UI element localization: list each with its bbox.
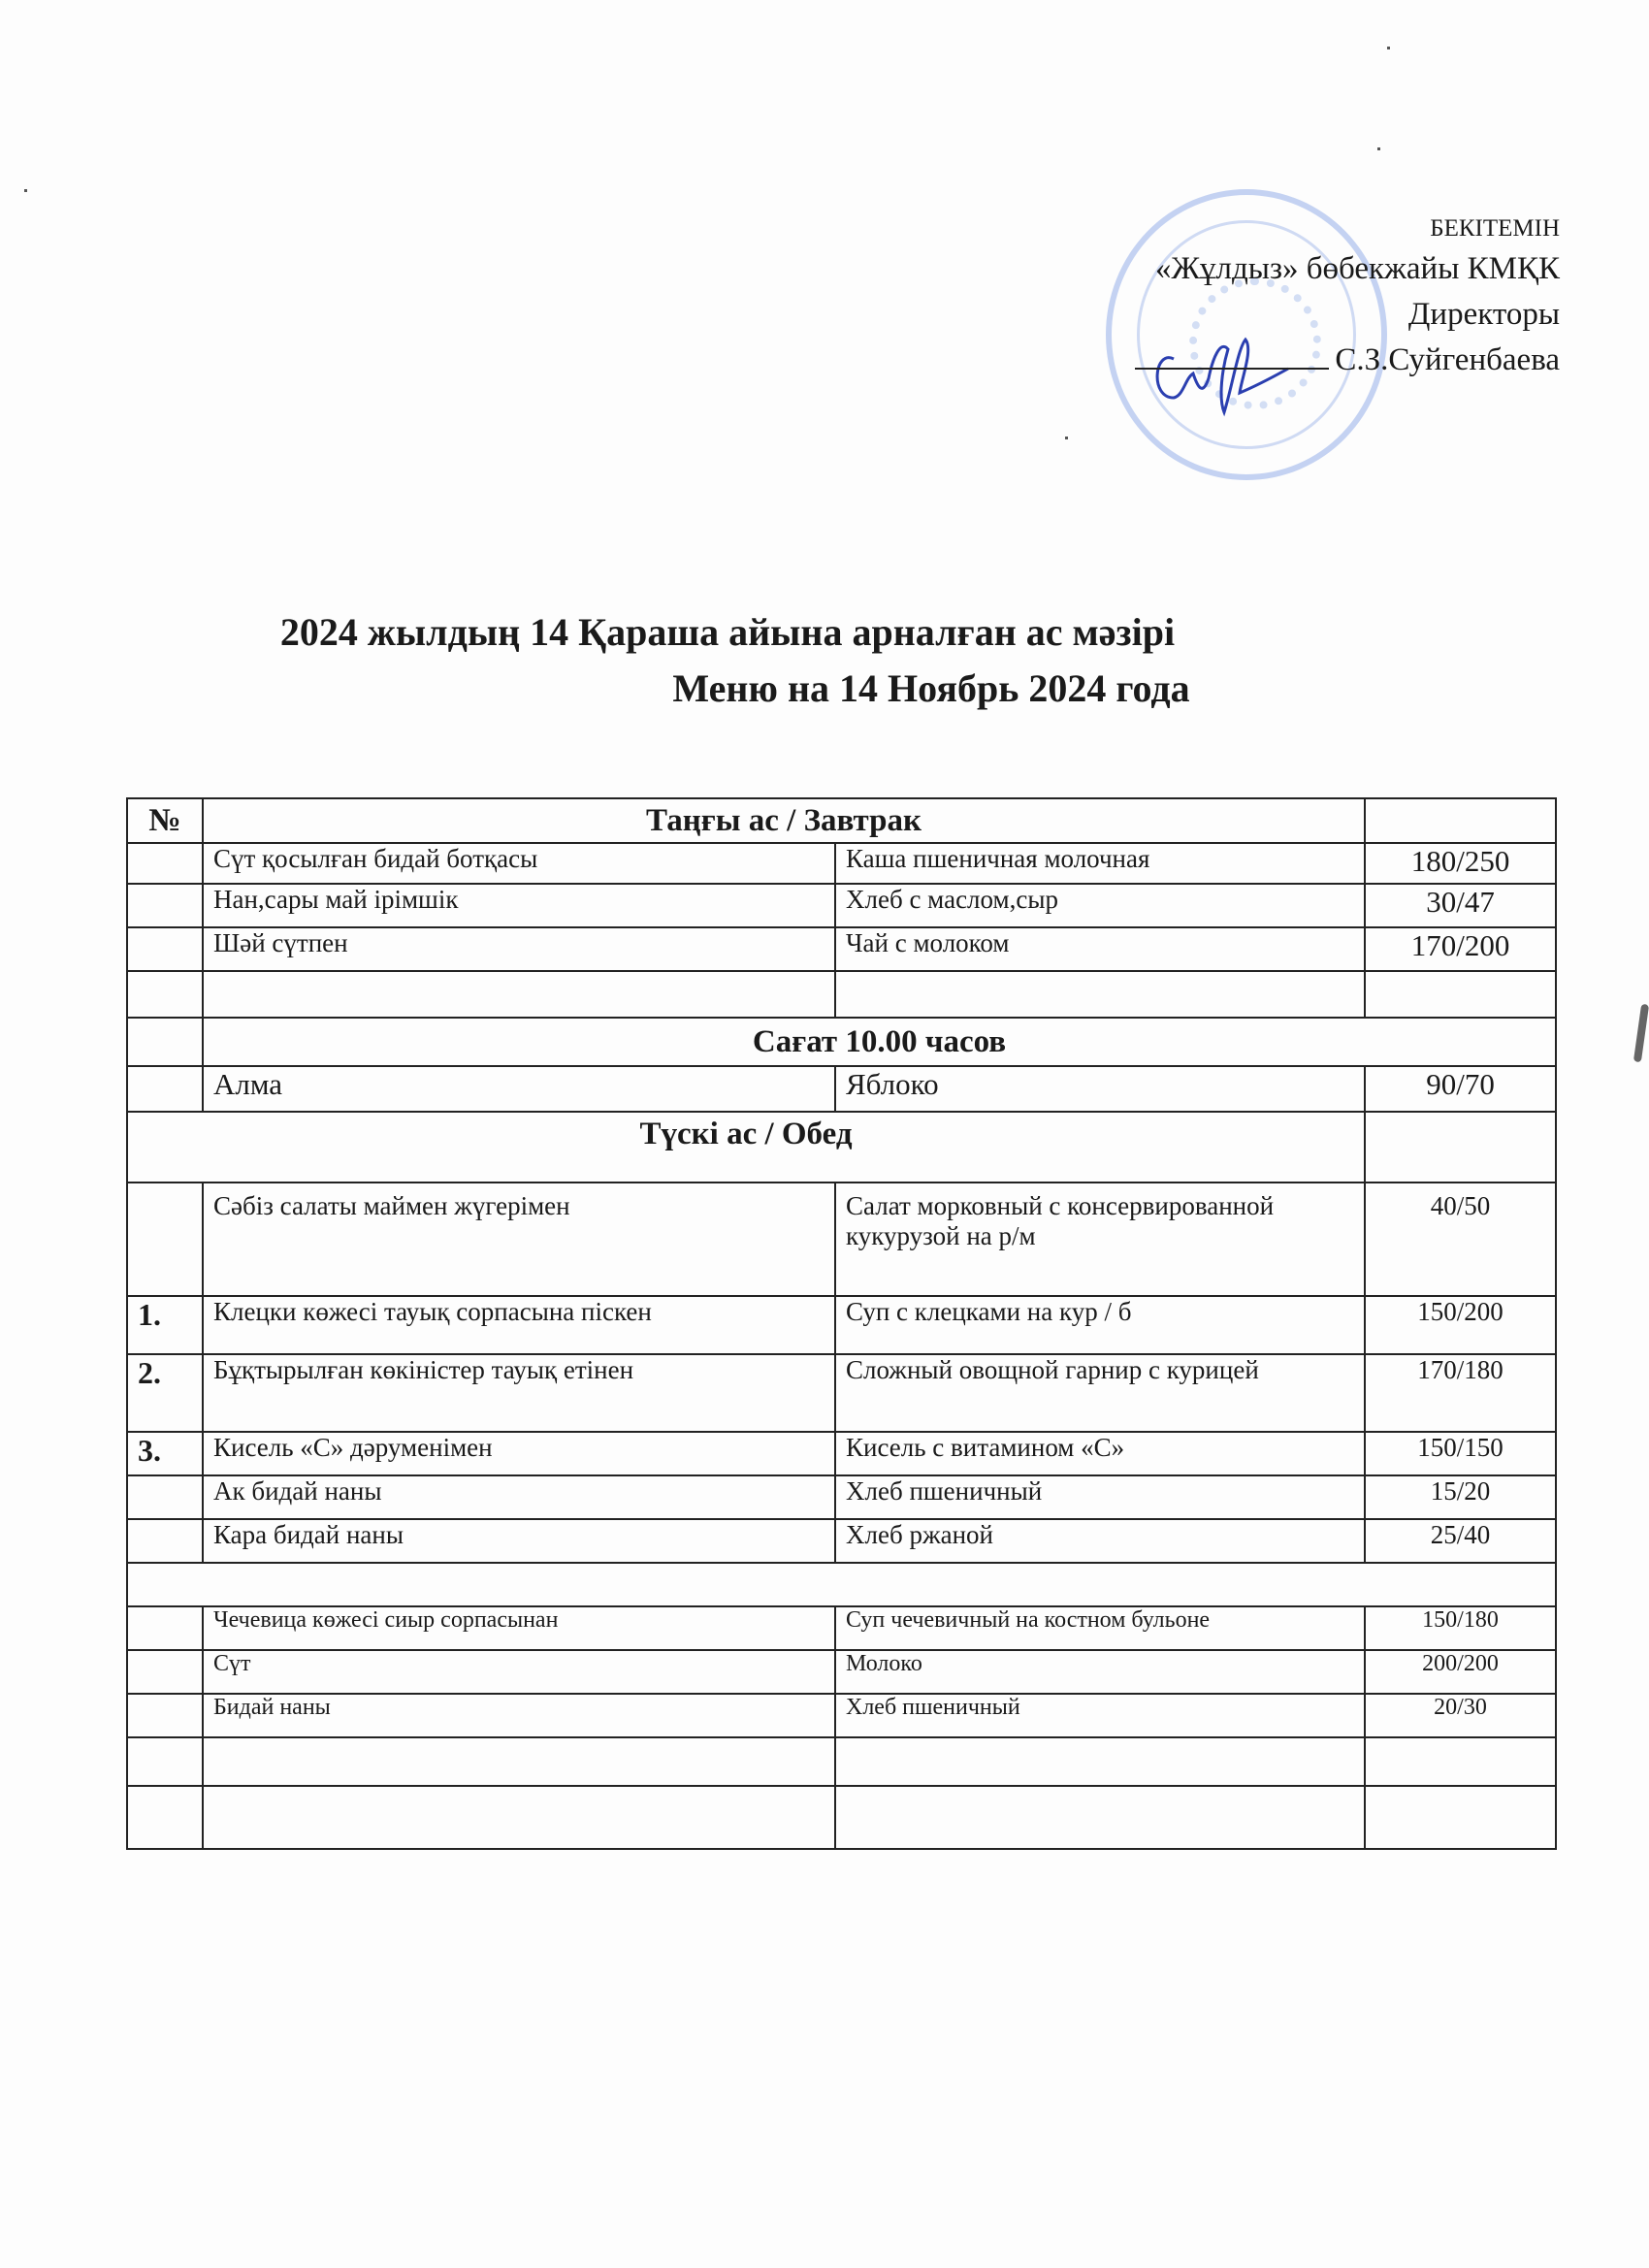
approval-signer: С.З.Суйгенбаева	[1335, 342, 1560, 377]
item-qty: 170/180	[1365, 1354, 1556, 1432]
table-row: Сүт қосылған бидай ботқасы Каша пшенична…	[127, 843, 1556, 884]
scan-speck	[1377, 147, 1380, 150]
table-row: Ак бидай наны Хлеб пшеничный 15/20	[127, 1475, 1556, 1519]
empty-row	[127, 1786, 1556, 1849]
item-kz: Алма	[203, 1066, 835, 1112]
item-qty: 150/180	[1365, 1606, 1556, 1650]
item-number: 3.	[127, 1432, 203, 1475]
item-kz: Клецки көжесі тауық сорпасына піскен	[203, 1296, 835, 1354]
approval-organization: «Жұлдыз» бөбекжайы КМҚК	[1135, 246, 1560, 292]
item-ru: Хлеб пшеничный	[835, 1475, 1365, 1519]
num-header: №	[127, 798, 203, 843]
title-kazakh: 2024 жылдың 14 Қараша айына арналған ас …	[0, 609, 1552, 655]
item-kz: Сәбіз салаты маймен жүгерімен	[203, 1183, 835, 1296]
item-qty: 30/47	[1365, 884, 1556, 927]
approval-block: БЕКІТЕМІН «Жұлдыз» бөбекжайы КМҚК Директ…	[1135, 211, 1560, 383]
item-ru: Хлеб ржаной	[835, 1519, 1365, 1563]
approval-position: Директоры	[1135, 292, 1560, 338]
empty-row	[127, 971, 1556, 1018]
breakfast-header: Таңғы ас / Завтрак	[203, 798, 1365, 843]
item-qty: 20/30	[1365, 1694, 1556, 1737]
snack-header-row: Сағат 10.00 часов	[127, 1018, 1556, 1066]
item-qty: 180/250	[1365, 843, 1556, 884]
item-qty: 170/200	[1365, 927, 1556, 971]
table-row: Нан,сары май ірімшік Хлеб с маслом,сыр 3…	[127, 884, 1556, 927]
item-ru: Хлеб пшеничный	[835, 1694, 1365, 1737]
table-row: 3. Кисель «С» дәруменімен Кисель с витам…	[127, 1432, 1556, 1475]
lunch-header-row: Түскі ас / Обед	[127, 1112, 1556, 1183]
item-ru: Салат морковный с консервированной кукур…	[835, 1183, 1365, 1296]
table-row: Сүт Молоко 200/200	[127, 1650, 1556, 1694]
item-kz: Сүт қосылған бидай ботқасы	[203, 843, 835, 884]
lunch-header: Түскі ас / Обед	[127, 1112, 1365, 1183]
table-row: Бидай наны Хлеб пшеничный 20/30	[127, 1694, 1556, 1737]
approval-signer-line: С.З.Суйгенбаева	[1135, 338, 1560, 383]
scan-speck	[24, 189, 27, 192]
item-kz: Чечевица көжесі сиыр сорпасынан	[203, 1606, 835, 1650]
item-kz: Сүт	[203, 1650, 835, 1694]
item-number: 2.	[127, 1354, 203, 1432]
approval-heading: БЕКІТЕМІН	[1135, 211, 1560, 246]
signature-line	[1135, 339, 1329, 370]
item-kz: Кисель «С» дәруменімен	[203, 1432, 835, 1475]
table-row: Шәй сүтпен Чай с молоком 170/200	[127, 927, 1556, 971]
item-ru: Сложный овощной гарнир с курицей	[835, 1354, 1365, 1432]
item-qty: 15/20	[1365, 1475, 1556, 1519]
item-kz: Кара бидай наны	[203, 1519, 835, 1563]
item-ru: Суп чечевичный на костном бульоне	[835, 1606, 1365, 1650]
empty-row	[127, 1737, 1556, 1786]
item-ru: Яблоко	[835, 1066, 1365, 1112]
item-qty: 150/200	[1365, 1296, 1556, 1354]
item-ru: Молоко	[835, 1650, 1365, 1694]
snack-header: Сағат 10.00 часов	[203, 1018, 1556, 1066]
table-row: Кара бидай наны Хлеб ржаной 25/40	[127, 1519, 1556, 1563]
item-qty: 150/150	[1365, 1432, 1556, 1475]
item-ru: Хлеб с маслом,сыр	[835, 884, 1365, 927]
item-number: 1.	[127, 1296, 203, 1354]
item-kz: Шәй сүтпен	[203, 927, 835, 971]
item-qty: 90/70	[1365, 1066, 1556, 1112]
table-row: 2. Бұқтырылған көкіністер тауық етінен С…	[127, 1354, 1556, 1432]
scan-edge-mark	[1633, 1004, 1649, 1063]
scan-speck	[1387, 47, 1390, 49]
item-kz: Бидай наны	[203, 1694, 835, 1737]
table-row: Чечевица көжесі сиыр сорпасынан Суп чече…	[127, 1606, 1556, 1650]
title-russian: Меню на 14 Ноябрь 2024 года	[107, 665, 1649, 711]
item-kz: Бұқтырылған көкіністер тауық етінен	[203, 1354, 835, 1432]
item-kz: Ак бидай наны	[203, 1475, 835, 1519]
menu-table: № Таңғы ас / Завтрак Сүт қосылған бидай …	[126, 797, 1557, 1850]
table-row: Сәбіз салаты маймен жүгерімен Салат морк…	[127, 1183, 1556, 1296]
item-kz: Нан,сары май ірімшік	[203, 884, 835, 927]
table-row: 1. Клецки көжесі тауық сорпасына піскен …	[127, 1296, 1556, 1354]
breakfast-header-row: № Таңғы ас / Завтрак	[127, 798, 1556, 843]
table-row: Алма Яблоко 90/70	[127, 1066, 1556, 1112]
scan-speck	[1065, 437, 1068, 439]
item-ru: Каша пшеничная молочная	[835, 843, 1365, 884]
item-ru: Кисель с витамином «С»	[835, 1432, 1365, 1475]
item-ru: Чай с молоком	[835, 927, 1365, 971]
item-qty: 40/50	[1365, 1183, 1556, 1296]
item-ru: Суп с клецками на кур / б	[835, 1296, 1365, 1354]
item-qty: 200/200	[1365, 1650, 1556, 1694]
item-qty: 25/40	[1365, 1519, 1556, 1563]
blank-separator-row	[127, 1563, 1556, 1606]
